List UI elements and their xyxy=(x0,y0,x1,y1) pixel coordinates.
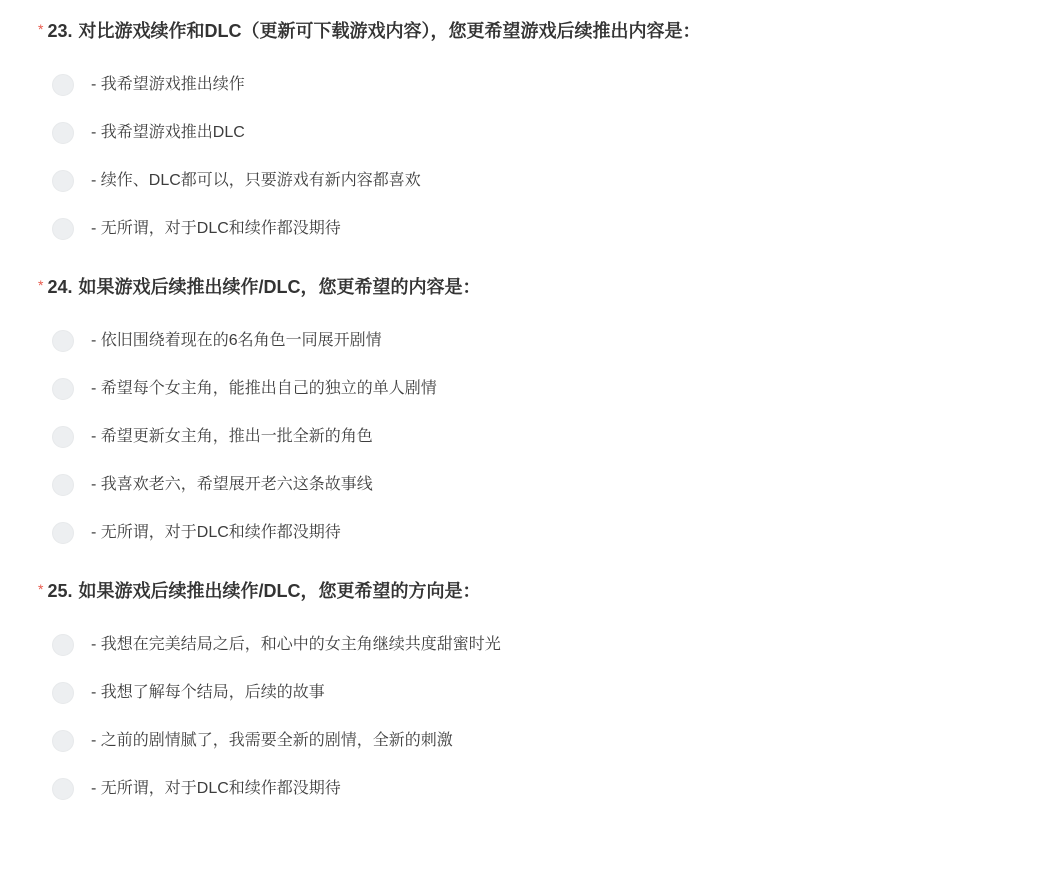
option-row[interactable]: - 我希望游戏推出续作 xyxy=(52,73,1038,96)
question-title: *23.对比游戏续作和DLC（更新可下载游戏内容），您更希望游戏后续推出内容是： xyxy=(38,18,1038,45)
option-label[interactable]: - 我想在完美结局之后，和心中的女主角继续共度甜蜜时光 xyxy=(91,633,501,656)
option-label[interactable]: - 续作、DLC都可以，只要游戏有新内容都喜欢 xyxy=(91,169,421,192)
option-label[interactable]: - 我希望游戏推出DLC xyxy=(91,121,245,144)
question-number: 24. xyxy=(47,277,72,297)
option-row[interactable]: - 无所谓，对于DLC和续作都没期待 xyxy=(52,777,1038,800)
question-text: 如果游戏后续推出续作/DLC，您更希望的方向是： xyxy=(78,581,480,601)
question-text: 如果游戏后续推出续作/DLC，您更希望的内容是： xyxy=(78,277,480,297)
option-row[interactable]: - 无所谓，对于DLC和续作都没期待 xyxy=(52,217,1038,240)
radio-button-icon[interactable] xyxy=(52,778,74,800)
option-row[interactable]: - 我想了解每个结局，后续的故事 xyxy=(52,681,1038,704)
option-row[interactable]: - 之前的剧情腻了，我需要全新的剧情，全新的刺激 xyxy=(52,729,1038,752)
option-label[interactable]: - 依旧围绕着现在的6名角色一同展开剧情 xyxy=(91,329,382,352)
radio-button-icon[interactable] xyxy=(52,682,74,704)
question-text: 对比游戏续作和DLC（更新可下载游戏内容），您更希望游戏后续推出内容是： xyxy=(78,21,700,41)
question-number: 25. xyxy=(47,581,72,601)
radio-button-icon[interactable] xyxy=(52,170,74,192)
option-label[interactable]: - 我希望游戏推出续作 xyxy=(91,73,245,96)
option-row[interactable]: - 我想在完美结局之后，和心中的女主角继续共度甜蜜时光 xyxy=(52,633,1038,656)
option-row[interactable]: - 无所谓，对于DLC和续作都没期待 xyxy=(52,521,1038,544)
option-row[interactable]: - 希望每个女主角，能推出自己的独立的单人剧情 xyxy=(52,377,1038,400)
radio-button-icon[interactable] xyxy=(52,522,74,544)
radio-button-icon[interactable] xyxy=(52,330,74,352)
question-25: *25.如果游戏后续推出续作/DLC，您更希望的方向是： - 我想在完美结局之后… xyxy=(38,578,1038,800)
question-title: *25.如果游戏后续推出续作/DLC，您更希望的方向是： xyxy=(38,578,1038,605)
option-label[interactable]: - 无所谓，对于DLC和续作都没期待 xyxy=(91,777,341,800)
survey-page: *23.对比游戏续作和DLC（更新可下载游戏内容），您更希望游戏后续推出内容是：… xyxy=(0,0,1038,874)
radio-button-icon[interactable] xyxy=(52,378,74,400)
radio-button-icon[interactable] xyxy=(52,474,74,496)
option-row[interactable]: - 我喜欢老六，希望展开老六这条故事线 xyxy=(52,473,1038,496)
radio-button-icon[interactable] xyxy=(52,218,74,240)
option-label[interactable]: - 无所谓，对于DLC和续作都没期待 xyxy=(91,217,341,240)
option-label[interactable]: - 希望每个女主角，能推出自己的独立的单人剧情 xyxy=(91,377,437,400)
options-list: - 依旧围绕着现在的6名角色一同展开剧情 - 希望每个女主角，能推出自己的独立的… xyxy=(52,329,1038,544)
option-row[interactable]: - 依旧围绕着现在的6名角色一同展开剧情 xyxy=(52,329,1038,352)
required-asterisk: * xyxy=(38,21,43,37)
option-row[interactable]: - 续作、DLC都可以，只要游戏有新内容都喜欢 xyxy=(52,169,1038,192)
question-23: *23.对比游戏续作和DLC（更新可下载游戏内容），您更希望游戏后续推出内容是：… xyxy=(38,18,1038,240)
question-24: *24.如果游戏后续推出续作/DLC，您更希望的内容是： - 依旧围绕着现在的6… xyxy=(38,274,1038,544)
options-list: - 我想在完美结局之后，和心中的女主角继续共度甜蜜时光 - 我想了解每个结局，后… xyxy=(52,633,1038,800)
radio-button-icon[interactable] xyxy=(52,634,74,656)
required-asterisk: * xyxy=(38,581,43,597)
option-row[interactable]: - 我希望游戏推出DLC xyxy=(52,121,1038,144)
question-number: 23. xyxy=(47,21,72,41)
radio-button-icon[interactable] xyxy=(52,122,74,144)
option-label[interactable]: - 我喜欢老六，希望展开老六这条故事线 xyxy=(91,473,373,496)
radio-button-icon[interactable] xyxy=(52,74,74,96)
option-label[interactable]: - 希望更新女主角，推出一批全新的角色 xyxy=(91,425,373,448)
options-list: - 我希望游戏推出续作 - 我希望游戏推出DLC - 续作、DLC都可以，只要游… xyxy=(52,73,1038,240)
radio-button-icon[interactable] xyxy=(52,730,74,752)
required-asterisk: * xyxy=(38,277,43,293)
option-label[interactable]: - 无所谓，对于DLC和续作都没期待 xyxy=(91,521,341,544)
question-title: *24.如果游戏后续推出续作/DLC，您更希望的内容是： xyxy=(38,274,1038,301)
option-label[interactable]: - 我想了解每个结局，后续的故事 xyxy=(91,681,325,704)
radio-button-icon[interactable] xyxy=(52,426,74,448)
option-label[interactable]: - 之前的剧情腻了，我需要全新的剧情，全新的刺激 xyxy=(91,729,453,752)
option-row[interactable]: - 希望更新女主角，推出一批全新的角色 xyxy=(52,425,1038,448)
